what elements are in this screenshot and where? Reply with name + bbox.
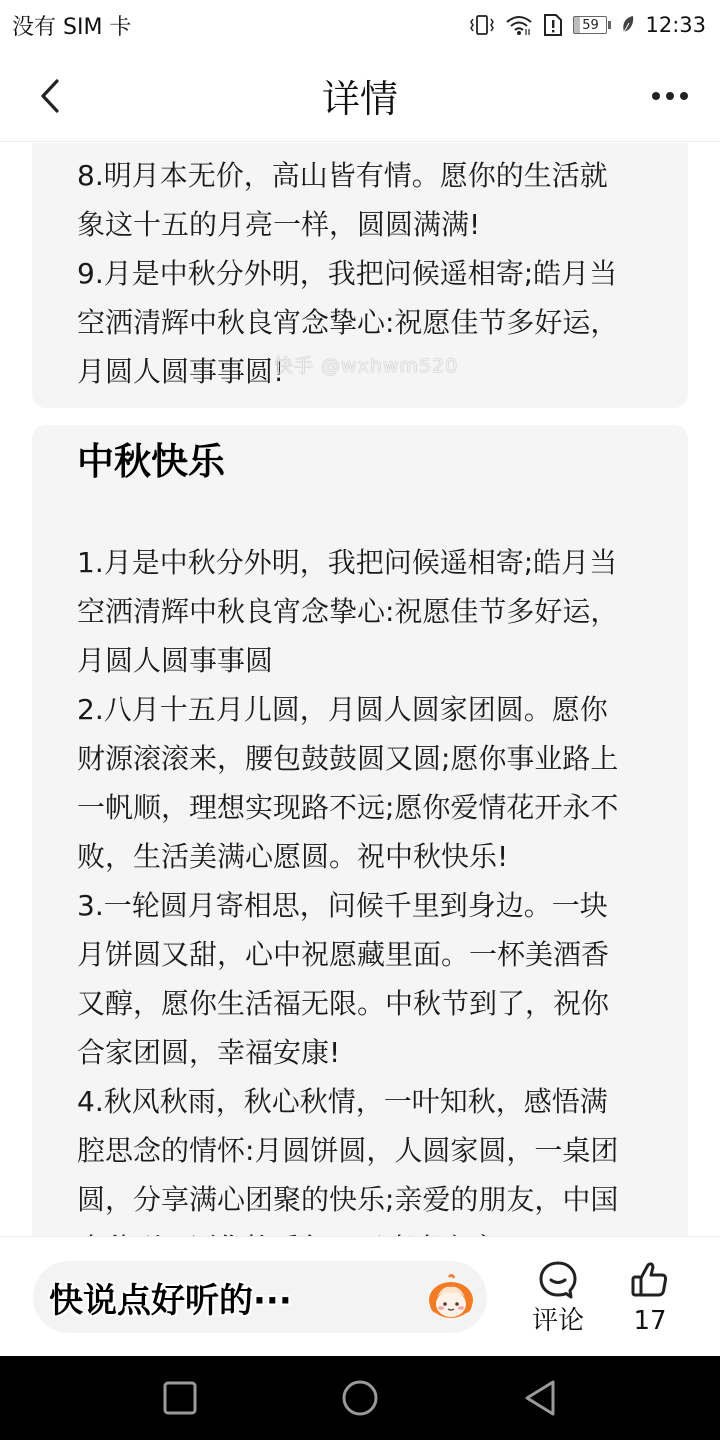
text-line: 中秋到，愿你快乐每一天事事安康! — [77, 1224, 648, 1236]
battery-icon: 59 — [573, 16, 611, 34]
wifi-icon — [505, 14, 533, 36]
text-line: 一帆顺，理想实现路不远;愿你爱情花开永不 — [77, 783, 648, 832]
action-bar: 快说点好听的··· 评论 — [0, 1236, 720, 1356]
article-content[interactable]: 8.明月本无价，高山皆有情。愿你的生活就 象这十五的月亮一样，圆圆满满! 9.月… — [0, 143, 720, 1236]
text-line: 腔思念的情怀:月圆饼圆，人圆家圆，一桌团 — [77, 1126, 648, 1175]
more-button[interactable] — [646, 80, 694, 112]
text-line: 4.秋风秋雨，秋心秋情，一叶知秋，感悟满 — [77, 1077, 648, 1126]
like-button[interactable]: 17 — [620, 1259, 680, 1337]
comment-button[interactable]: 评论 — [527, 1259, 589, 1337]
carrier-label: 没有 SIM 卡 — [12, 10, 131, 41]
text-line: 月圆人圆事事圆 — [77, 636, 648, 685]
status-bar: 没有 SIM 卡 59 12:33 — [0, 0, 720, 50]
article-card: 中秋快乐 1.月是中秋分外明，我把问候遥相寄;皓月当 空洒清辉中秋良宵念挚心:祝… — [32, 425, 688, 1236]
comment-label: 评论 — [532, 1305, 584, 1337]
more-dot — [680, 92, 688, 100]
system-navigation-bar — [0, 1356, 720, 1440]
battery-level: 59 — [582, 18, 599, 33]
thumbs-up-icon — [629, 1259, 671, 1301]
mascot-avatar-icon[interactable] — [425, 1271, 477, 1323]
article-paragraph: 1.月是中秋分外明，我把问候遥相寄;皓月当 空洒清辉中秋良宵念挚心:祝愿佳节多好… — [77, 538, 648, 685]
comment-input[interactable]: 快说点好听的··· — [33, 1261, 487, 1333]
text-line: 8.明月本无价，高山皆有情。愿你的生活就 — [77, 151, 648, 200]
text-line: 3.一轮圆月寄相思，问候千里到身边。一块 — [77, 881, 648, 930]
article-paragraph: 2.八月十五月儿圆，月圆人圆家团圆。愿你 财源滚滚来，腰包鼓鼓圆又圆;愿你事业路… — [77, 685, 648, 881]
square-recents-icon — [163, 1381, 197, 1415]
home-button[interactable] — [340, 1378, 380, 1418]
circle-home-icon — [341, 1379, 379, 1417]
more-dot — [666, 92, 674, 100]
article-card: 8.明月本无价，高山皆有情。愿你的生活就 象这十五的月亮一样，圆圆满满! 9.月… — [32, 143, 688, 408]
text-line: 圆，分享满心团聚的快乐;亲爱的朋友，中国 — [77, 1175, 648, 1224]
text-line: 月饼圆又甜，心中祝愿藏里面。一杯美酒香 — [77, 930, 648, 979]
text-line: 合家团圆，幸福安康! — [77, 1028, 648, 1077]
vibrate-icon — [469, 14, 495, 36]
text-line: 又醇，愿你生活福无限。中秋节到了，祝你 — [77, 979, 648, 1028]
more-dots-icon — [652, 92, 660, 100]
status-icons: 59 12:33 — [469, 13, 706, 37]
text-line: 财源滚滚来，腰包鼓鼓圆又圆;愿你事业路上 — [77, 734, 648, 783]
nav-header: 详情 — [0, 50, 720, 142]
article-paragraph: 4.秋风秋雨，秋心秋情，一叶知秋，感悟满 腔思念的情怀:月圆饼圆，人圆家圆，一桌… — [77, 1077, 648, 1236]
recents-button[interactable] — [160, 1378, 200, 1418]
article-paragraph: 3.一轮圆月寄相思，问候千里到身边。一块 月饼圆又甜，心中祝愿藏里面。一杯美酒香… — [77, 881, 648, 1077]
text-line: 1.月是中秋分外明，我把问候遥相寄;皓月当 — [77, 538, 648, 587]
text-line: 空洒清辉中秋良宵念挚心:祝愿佳节多好运， — [77, 587, 648, 636]
comment-bubble-icon — [537, 1259, 579, 1301]
watermark: 快手 @wxhwm520 — [274, 351, 458, 378]
back-button[interactable] — [30, 76, 70, 116]
page-title: 详情 — [322, 68, 398, 123]
text-line: 2.八月十五月儿圆，月圆人圆家团圆。愿你 — [77, 685, 648, 734]
leaf-eco-icon — [621, 15, 635, 35]
text-line: 象这十五的月亮一样，圆圆满满! — [77, 200, 648, 249]
triangle-back-icon — [523, 1379, 557, 1417]
like-count: 17 — [633, 1305, 666, 1337]
system-back-button[interactable] — [520, 1378, 560, 1418]
sim-alert-icon — [543, 13, 563, 37]
chevron-left-icon — [38, 78, 62, 114]
article-paragraph: 8.明月本无价，高山皆有情。愿你的生活就 象这十五的月亮一样，圆圆满满! — [77, 151, 648, 249]
text-line: 9.月是中秋分外明，我把问候遥相寄;皓月当 — [77, 249, 648, 298]
text-line: 败，生活美满心愿圆。祝中秋快乐! — [77, 832, 648, 881]
comment-placeholder: 快说点好听的··· — [49, 1273, 292, 1322]
clock: 12:33 — [645, 13, 706, 37]
text-line: 空洒清辉中秋良宵念挚心:祝愿佳节多好运， — [77, 298, 648, 347]
section-title: 中秋快乐 — [77, 437, 648, 487]
